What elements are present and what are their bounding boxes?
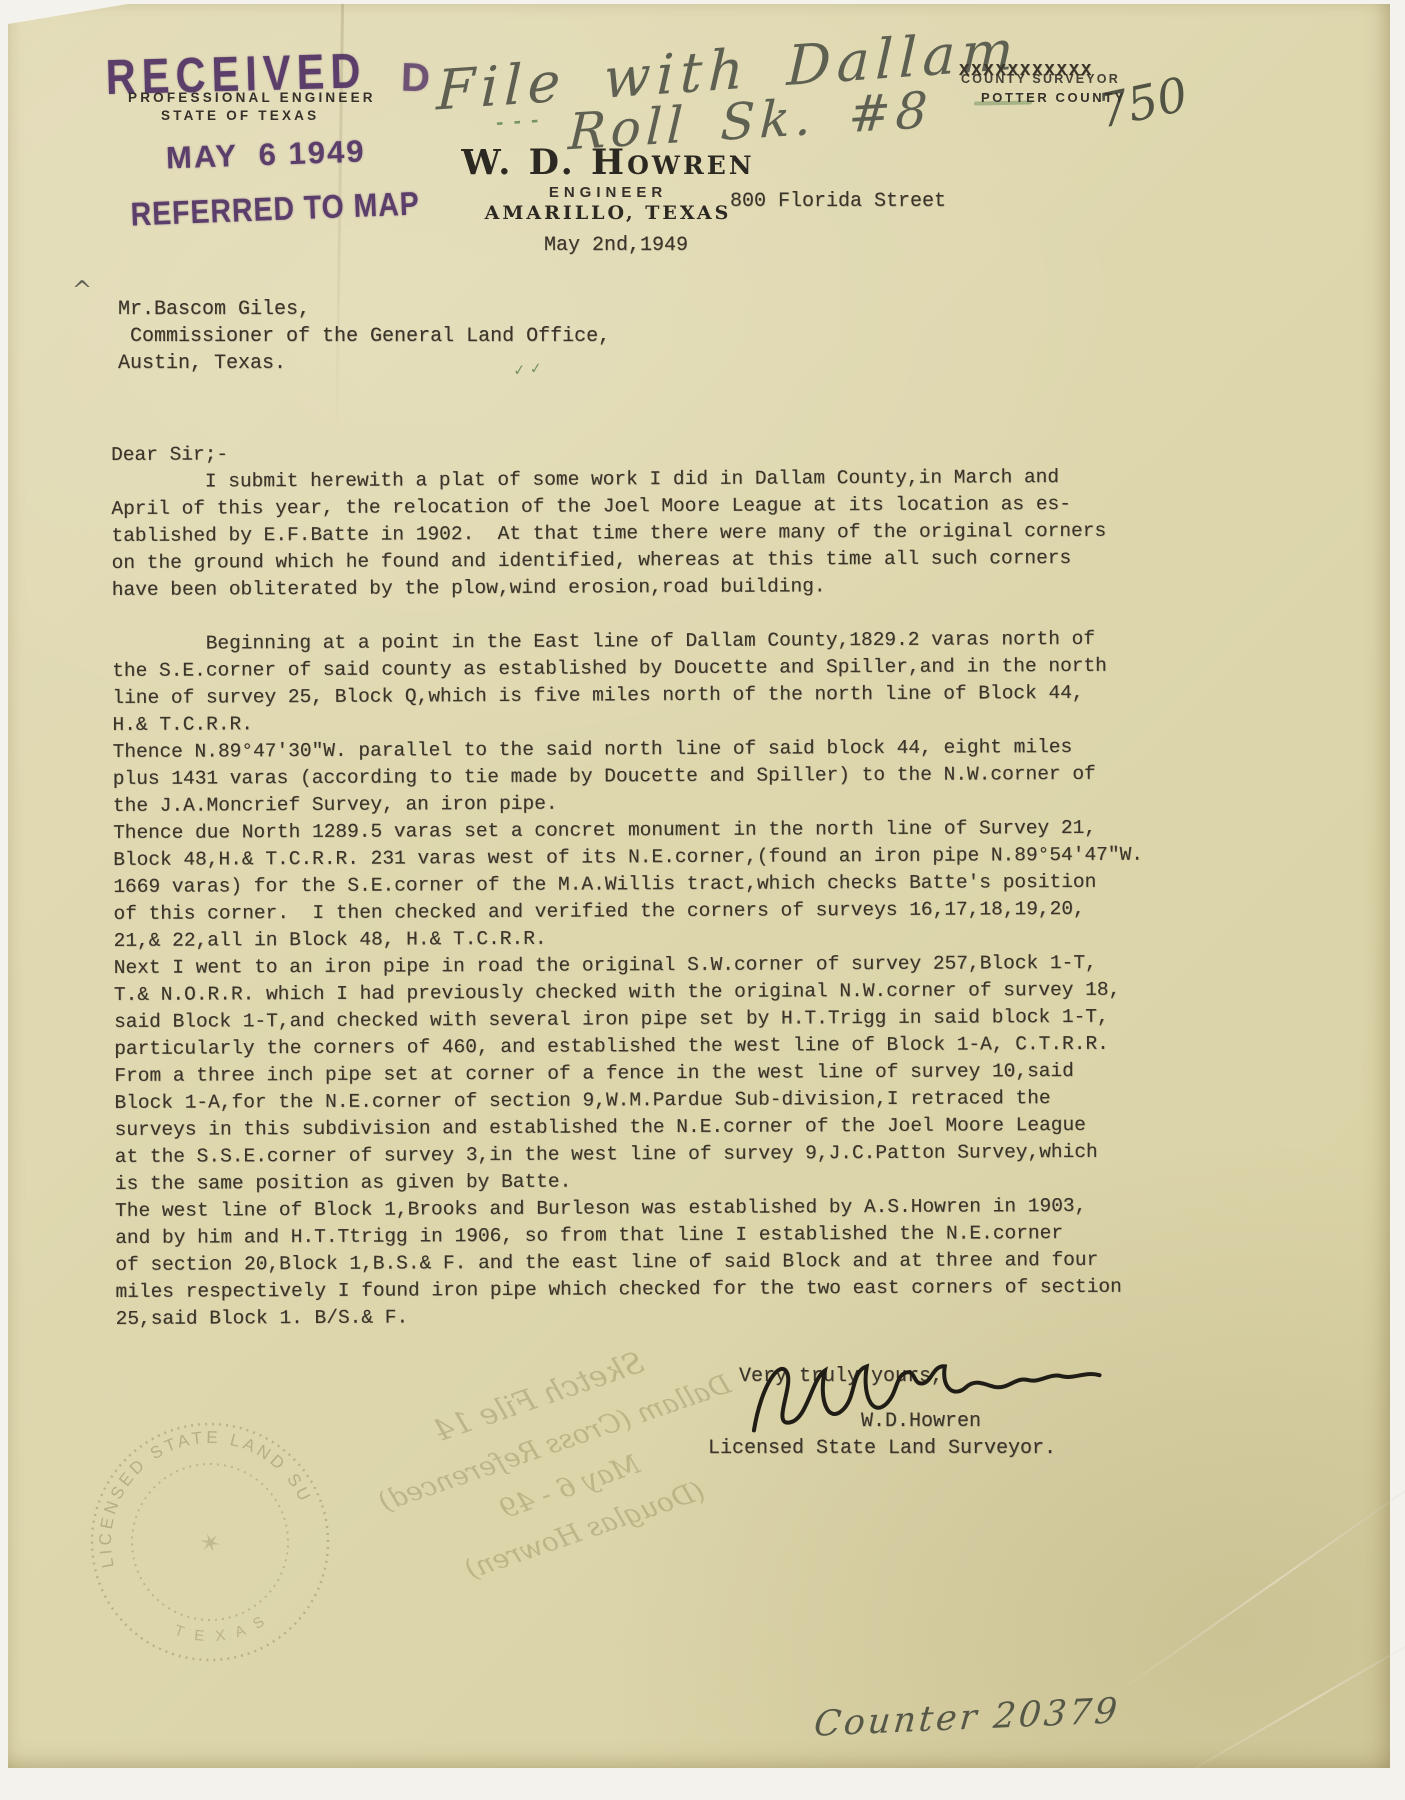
recipient-address: Mr.Bascom Giles, Commissioner of the Gen… [118,296,610,377]
ghost-offset-writing: Sketch File 14 Dallam (Cross Referenced)… [266,1282,880,1710]
letter-body: Dear Sir;- I submit herewith a plat of s… [111,436,1206,1333]
received-date-stamp: MAY 6 1949 [165,134,366,177]
letterhead-state-line: STATE OF TEXAS [161,108,319,123]
county-surveyor-struck-label: COUNTY SURVEYOR [961,72,1120,86]
scanned-letter-page: RECEIVED PROFESSIONAL ENGINEER STATE OF … [0,0,1405,1800]
paper-sheet: RECEIVED PROFESSIONAL ENGINEER STATE OF … [8,4,1390,1768]
paper-crease-diagonal-2 [1170,1617,1405,1784]
green-dash-mark: - - - [495,106,541,135]
letterhead-profession-line: PROFESSIONAL ENGINEER [128,90,376,105]
stray-stamp-mark: D [400,56,430,102]
street-address: 800 Florida Street [730,190,946,213]
letterhead-city: AMARILLO, TEXAS [448,202,768,224]
svg-text:✶: ✶ [195,1525,225,1560]
potter-county-label: POTTER COUNTY [981,90,1126,105]
letterhead-title: ENGINEER [448,184,768,201]
letterhead-name: W. D. Howren [448,142,768,183]
counter-number: Counter 20379 [812,1691,1122,1745]
margin-caret-mark: ^ [72,276,92,304]
paper-crease-diagonal-1 [1105,1459,1405,1702]
svg-text:T E X A S: T E X A S [168,1595,272,1661]
typed-signature-name: W.D.Howren [861,1410,981,1433]
referred-to-map-stamp: REFERRED TO MAP [130,186,420,234]
paper-corner-wedge [8,4,128,24]
letter-date: May 2nd,1949 [544,234,688,257]
